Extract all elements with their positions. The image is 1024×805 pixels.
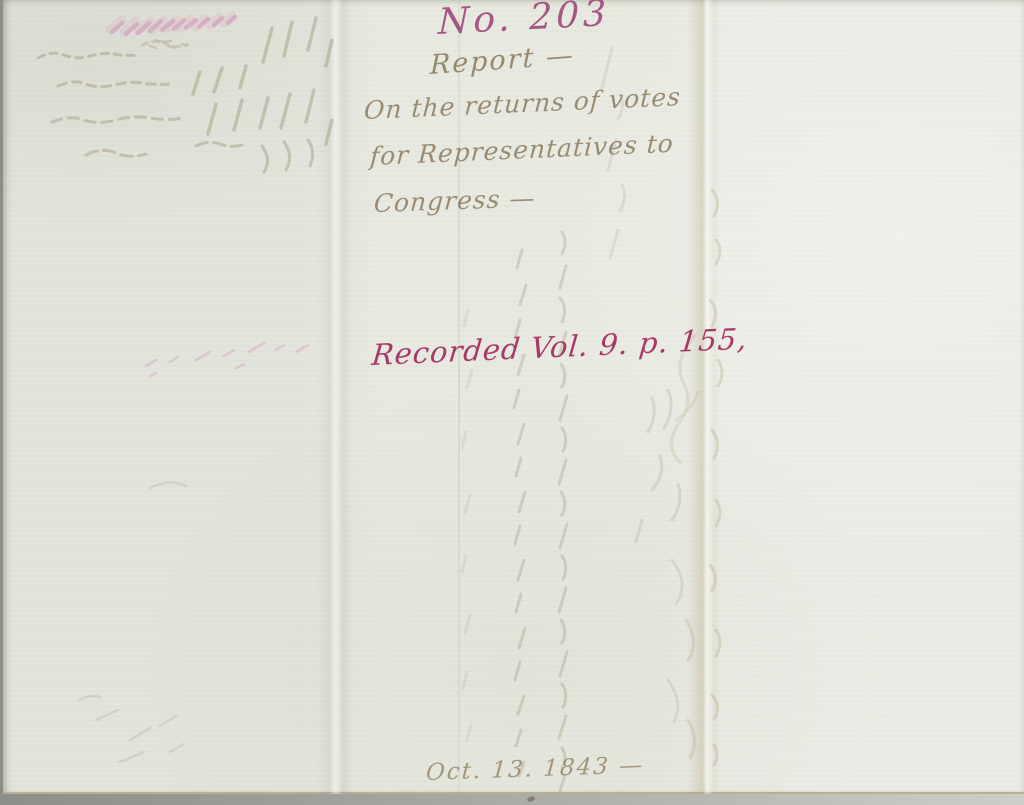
- docket-subject-line-3: Congress —: [373, 183, 537, 218]
- docket-date: Oct. 13. 1843 —: [425, 752, 645, 786]
- docket-text-block: No. 203 Report — On the returns of votes…: [0, 0, 1024, 805]
- docket-number: No. 203: [438, 0, 611, 43]
- recorded-note: Recorded Vol. 9. p. 155,: [370, 322, 749, 373]
- docket-subject-line-1: On the returns of votes: [363, 82, 682, 125]
- docket-subject-line-2: for Representatives to: [369, 129, 675, 171]
- scan-background: No. 203 Report — On the returns of votes…: [0, 0, 1024, 805]
- docket-title: Report —: [430, 40, 575, 81]
